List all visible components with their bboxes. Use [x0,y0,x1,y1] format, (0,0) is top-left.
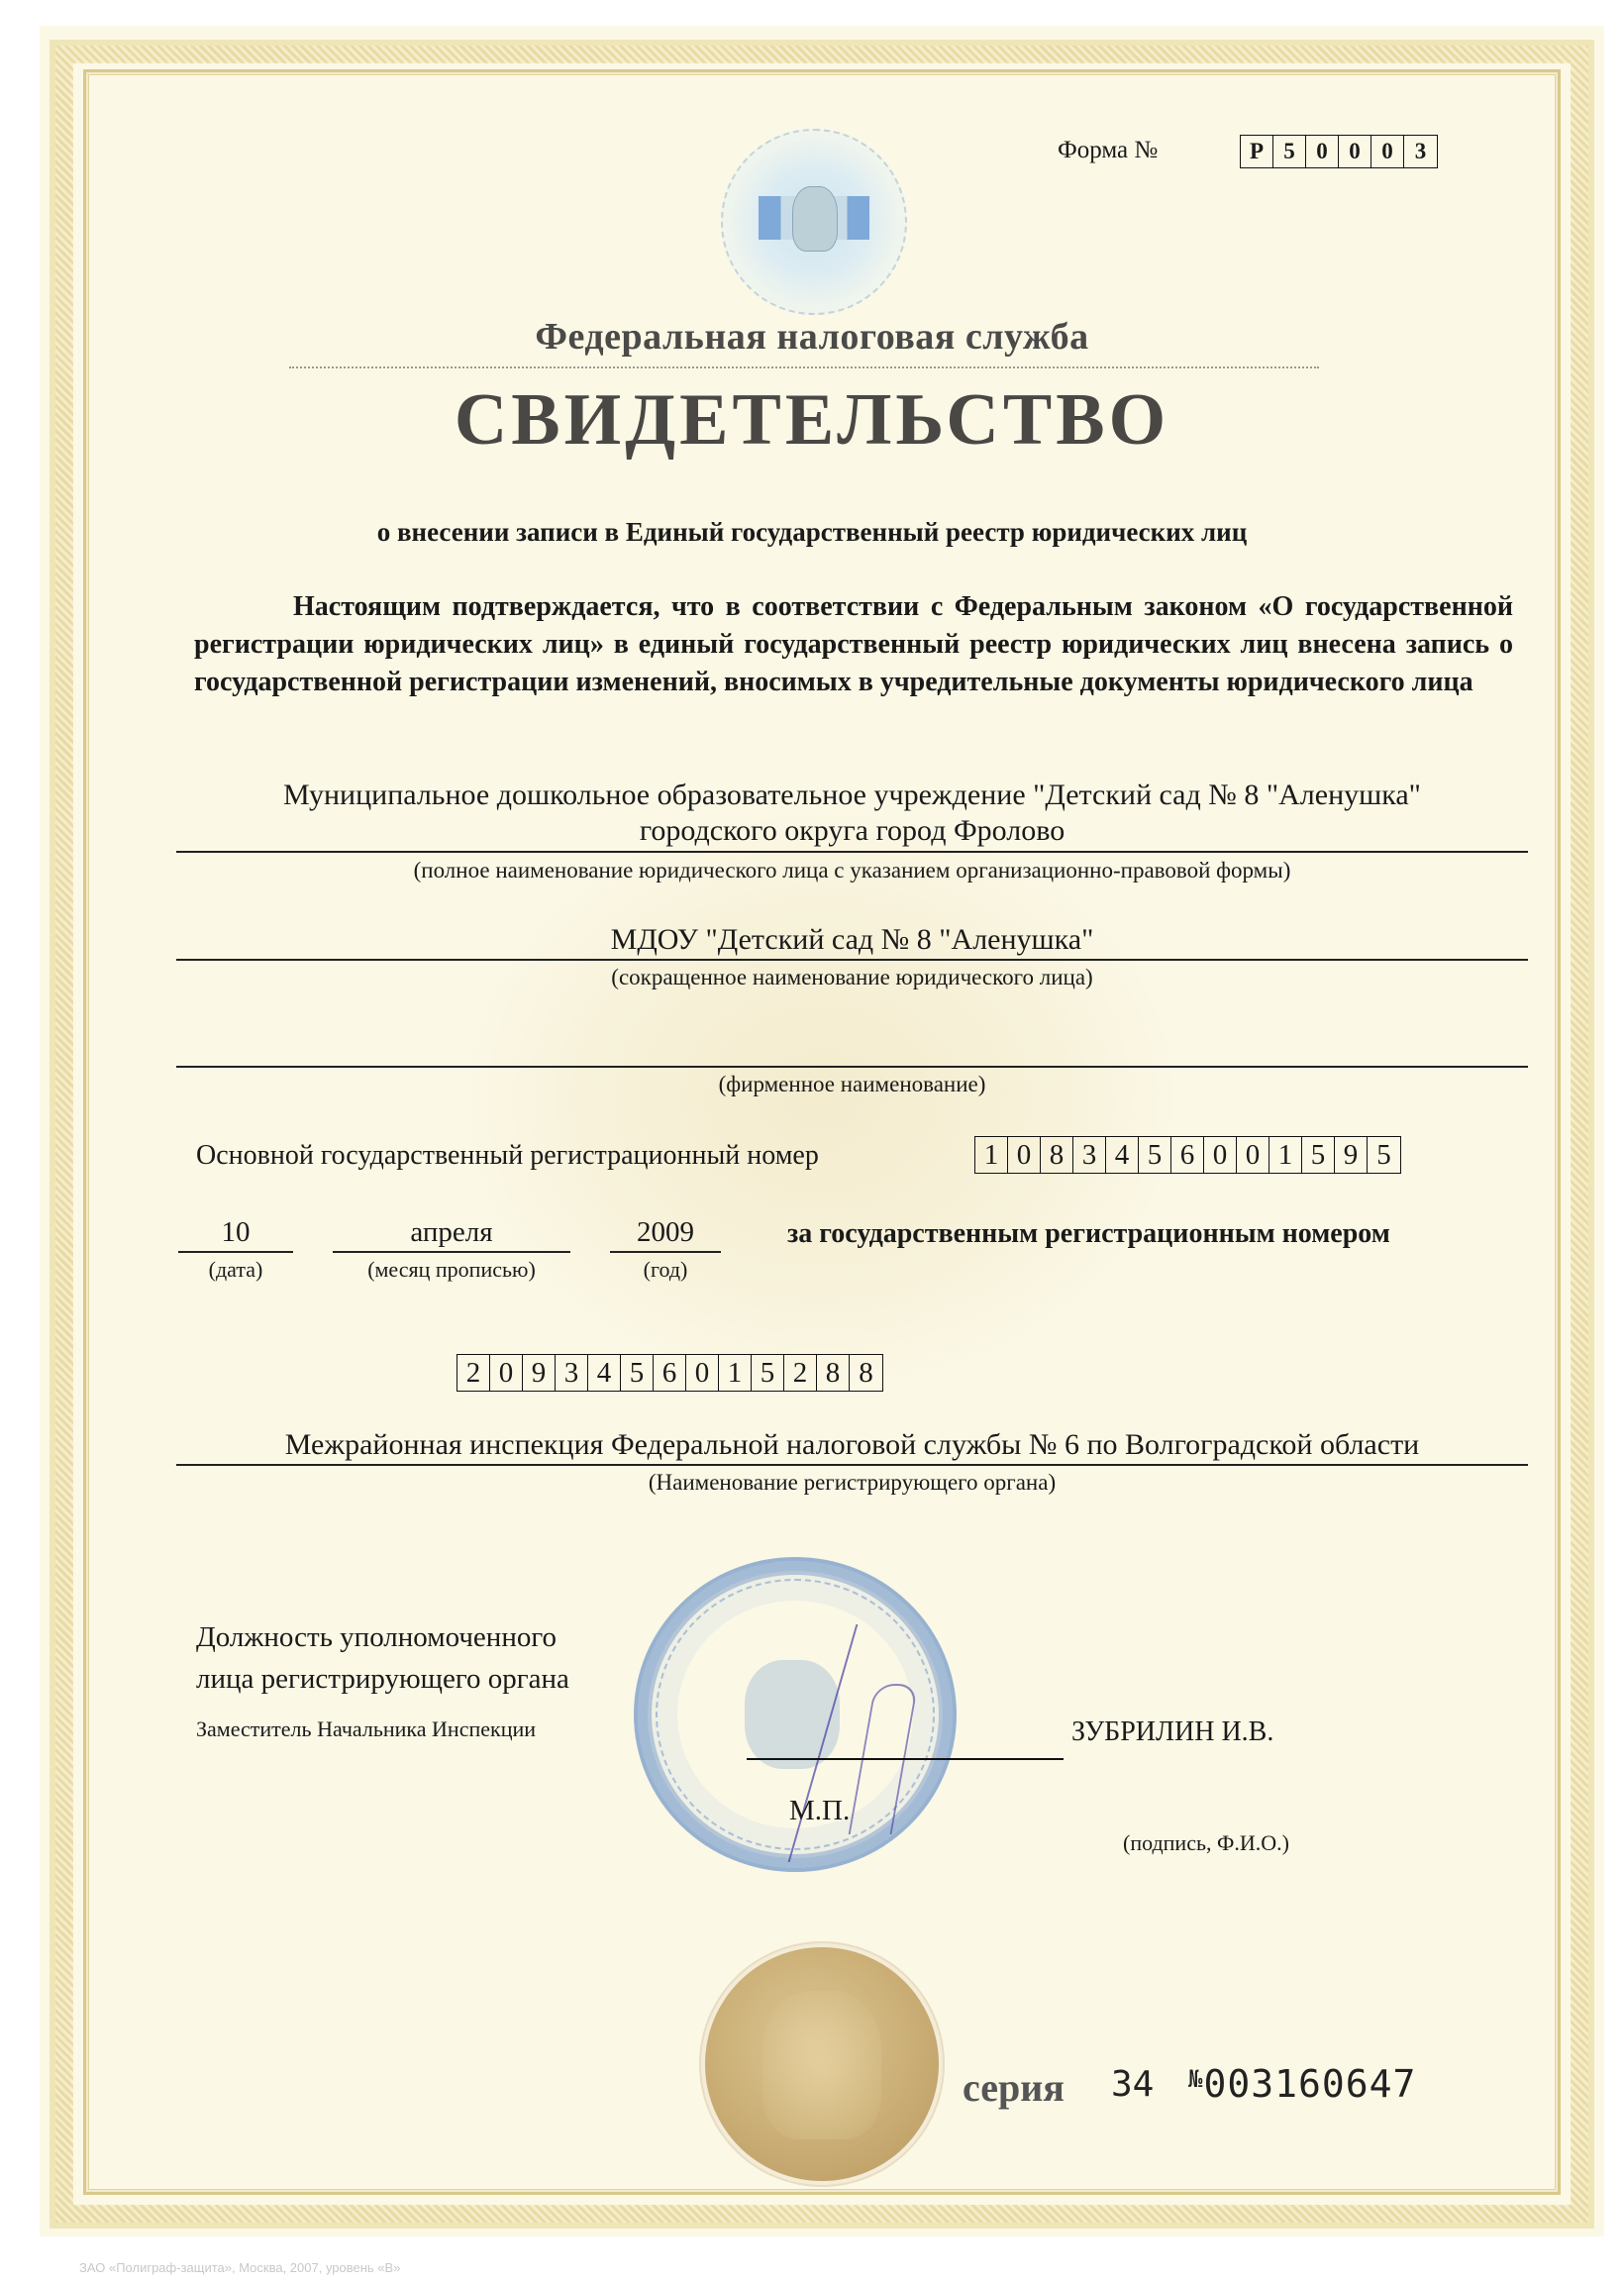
form-code-digit: 5 [1273,136,1306,167]
agency-name: Федеральная налоговая служба [0,315,1624,359]
grn-digit: 2 [784,1355,817,1391]
grn-digit: 0 [490,1355,523,1391]
printer-imprint: ЗАО «Полиграф-защита», Москва, 2007, уро… [79,2260,400,2275]
header-divider [289,366,1319,368]
form-number-label: Форма № [1058,137,1158,164]
date-year-value: 2009 [610,1216,721,1253]
authority-name: Межрайонная инспекция Федеральной налого… [176,1428,1528,1462]
full-name-line2: городского округа город Фролово [176,814,1528,848]
form-code-digit: 3 [1404,136,1437,167]
date-year-hint: (год) [610,1257,721,1283]
ogrn-digit: 9 [1335,1137,1368,1173]
ogrn-digit: 0 [1237,1137,1269,1173]
grn-digit: 5 [752,1355,784,1391]
ogrn-digit: 5 [1139,1137,1171,1173]
series-label: серия [963,2064,1065,2111]
grn-digit: 9 [523,1355,556,1391]
date-month: апреля (месяц прописью) [333,1216,570,1283]
position-label-line1: Должность уполномоченного [196,1616,569,1658]
ogrn-digit: 5 [1368,1137,1400,1173]
signature-line [747,1758,1064,1760]
grn-digit: 8 [817,1355,850,1391]
coat-of-arms-watermark [465,812,1178,1387]
signature-hint: (подпись, Ф.И.О.) [1123,1830,1289,1856]
gold-embossed-seal-icon [705,1947,939,2181]
signer-position: Заместитель Начальника Инспекции [196,1716,536,1742]
short-name-hint: (сокращенное наименование юридического л… [176,965,1528,990]
embossed-eagle-icon [762,1991,881,2139]
ogrn-digit: 3 [1073,1137,1106,1173]
ogrn-digit: 0 [1008,1137,1041,1173]
full-name-line1: Муниципальное дошкольное образовательное… [176,779,1528,812]
grn-digit: 8 [850,1355,882,1391]
series-number: 34 [1111,2064,1154,2105]
intro-text: Настоящим подтверждается, что в соответс… [194,588,1513,701]
date-day: 10 (дата) [178,1216,293,1283]
signer-name: ЗУБРИЛИН И.В. [1071,1716,1273,1748]
intro-paragraph: Настоящим подтверждается, что в соответс… [194,588,1513,701]
ogrn-digit: 6 [1171,1137,1204,1173]
grn-digit: 0 [686,1355,719,1391]
date-day-value: 10 [178,1216,293,1253]
position-label-line2: лица регистрирующего органа [196,1658,569,1700]
grn-digit: 1 [719,1355,752,1391]
grn-digit: 2 [457,1355,490,1391]
registration-number-caption: за государственным регистрационным номер… [787,1218,1390,1250]
hologram-emblem-icon [721,129,907,315]
grn-digit: 6 [654,1355,686,1391]
ogrn-digit: 8 [1041,1137,1073,1173]
ogrn-boxes: 1083456001595 [974,1136,1401,1174]
double-headed-eagle-icon [792,186,838,252]
position-label: Должность уполномоченного лица регистрир… [196,1616,569,1700]
ogrn-label: Основной государственный регистрационный… [196,1140,819,1172]
ogrn-digit: 5 [1302,1137,1335,1173]
form-code-digit: 0 [1339,136,1371,167]
blank-serial-number: №003160647 [1188,2062,1416,2106]
serial-value: 003160647 [1203,2062,1416,2106]
form-code-digit: 0 [1306,136,1339,167]
date-month-hint: (месяц прописью) [333,1257,570,1283]
authority-underline [176,1464,1528,1466]
brand-name-underline [176,1066,1528,1068]
grn-digit: 5 [621,1355,654,1391]
full-name-underline [176,851,1528,853]
date-day-hint: (дата) [178,1257,293,1283]
form-code-digit: Р [1241,136,1273,167]
full-name-hint: (полное наименование юридического лица с… [176,858,1528,883]
form-number-boxes: Р50003 [1240,135,1438,168]
ogrn-digit: 1 [975,1137,1008,1173]
brand-name-hint: (фирменное наименование) [176,1072,1528,1097]
document-title: СВИДЕТЕЛЬСТВО [0,378,1624,463]
ogrn-digit: 4 [1106,1137,1139,1173]
document-subtitle: о внесении записи в Единый государственн… [0,517,1624,548]
ogrn-digit: 1 [1269,1137,1302,1173]
number-sign: № [1188,2065,1203,2093]
authority-hint: (Наименование регистрирующего органа) [176,1470,1528,1496]
grn-digit: 4 [588,1355,621,1391]
short-name-underline [176,959,1528,961]
ogrn-digit: 0 [1204,1137,1237,1173]
form-code-digit: 0 [1371,136,1404,167]
stamp-place-label: М.П. [789,1795,850,1827]
grn-boxes: 2093456015288 [457,1354,883,1392]
grn-digit: 3 [556,1355,588,1391]
short-name: МДОУ "Детский сад № 8 "Аленушка" [176,923,1528,957]
date-month-value: апреля [333,1216,570,1253]
date-year: 2009 (год) [610,1216,721,1283]
